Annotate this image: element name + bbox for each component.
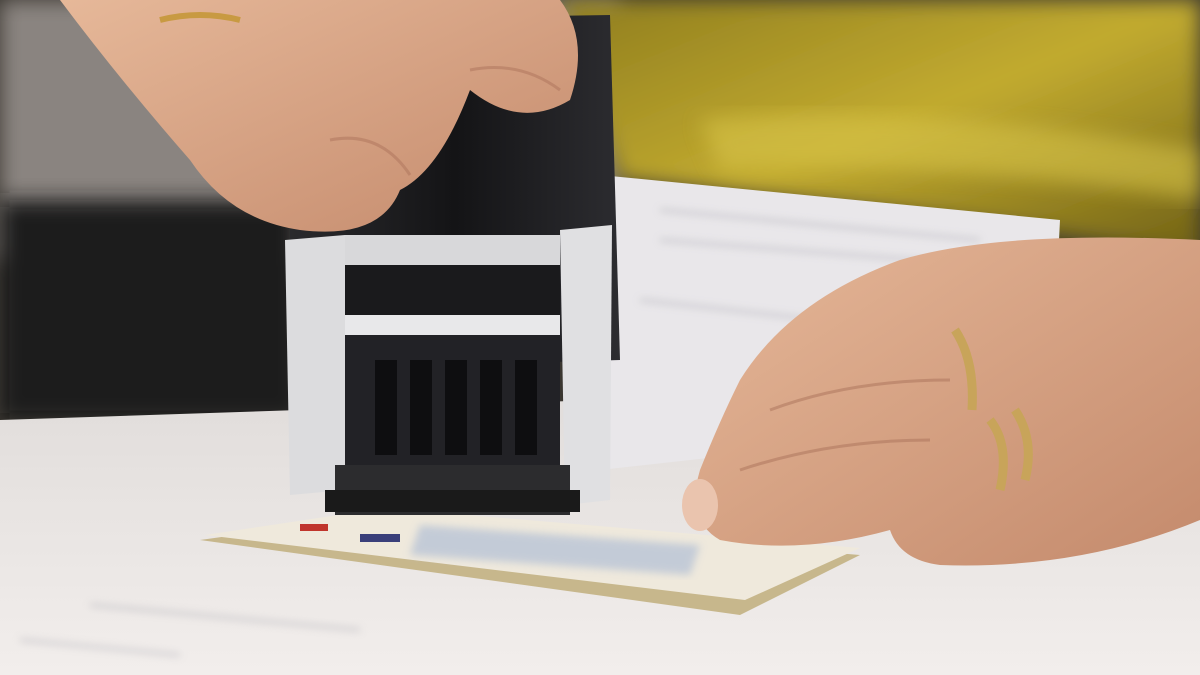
photo-scene: Hand pressing a self-inking rubber stamp… — [0, 0, 1200, 675]
photo-illustration — [0, 0, 1200, 675]
